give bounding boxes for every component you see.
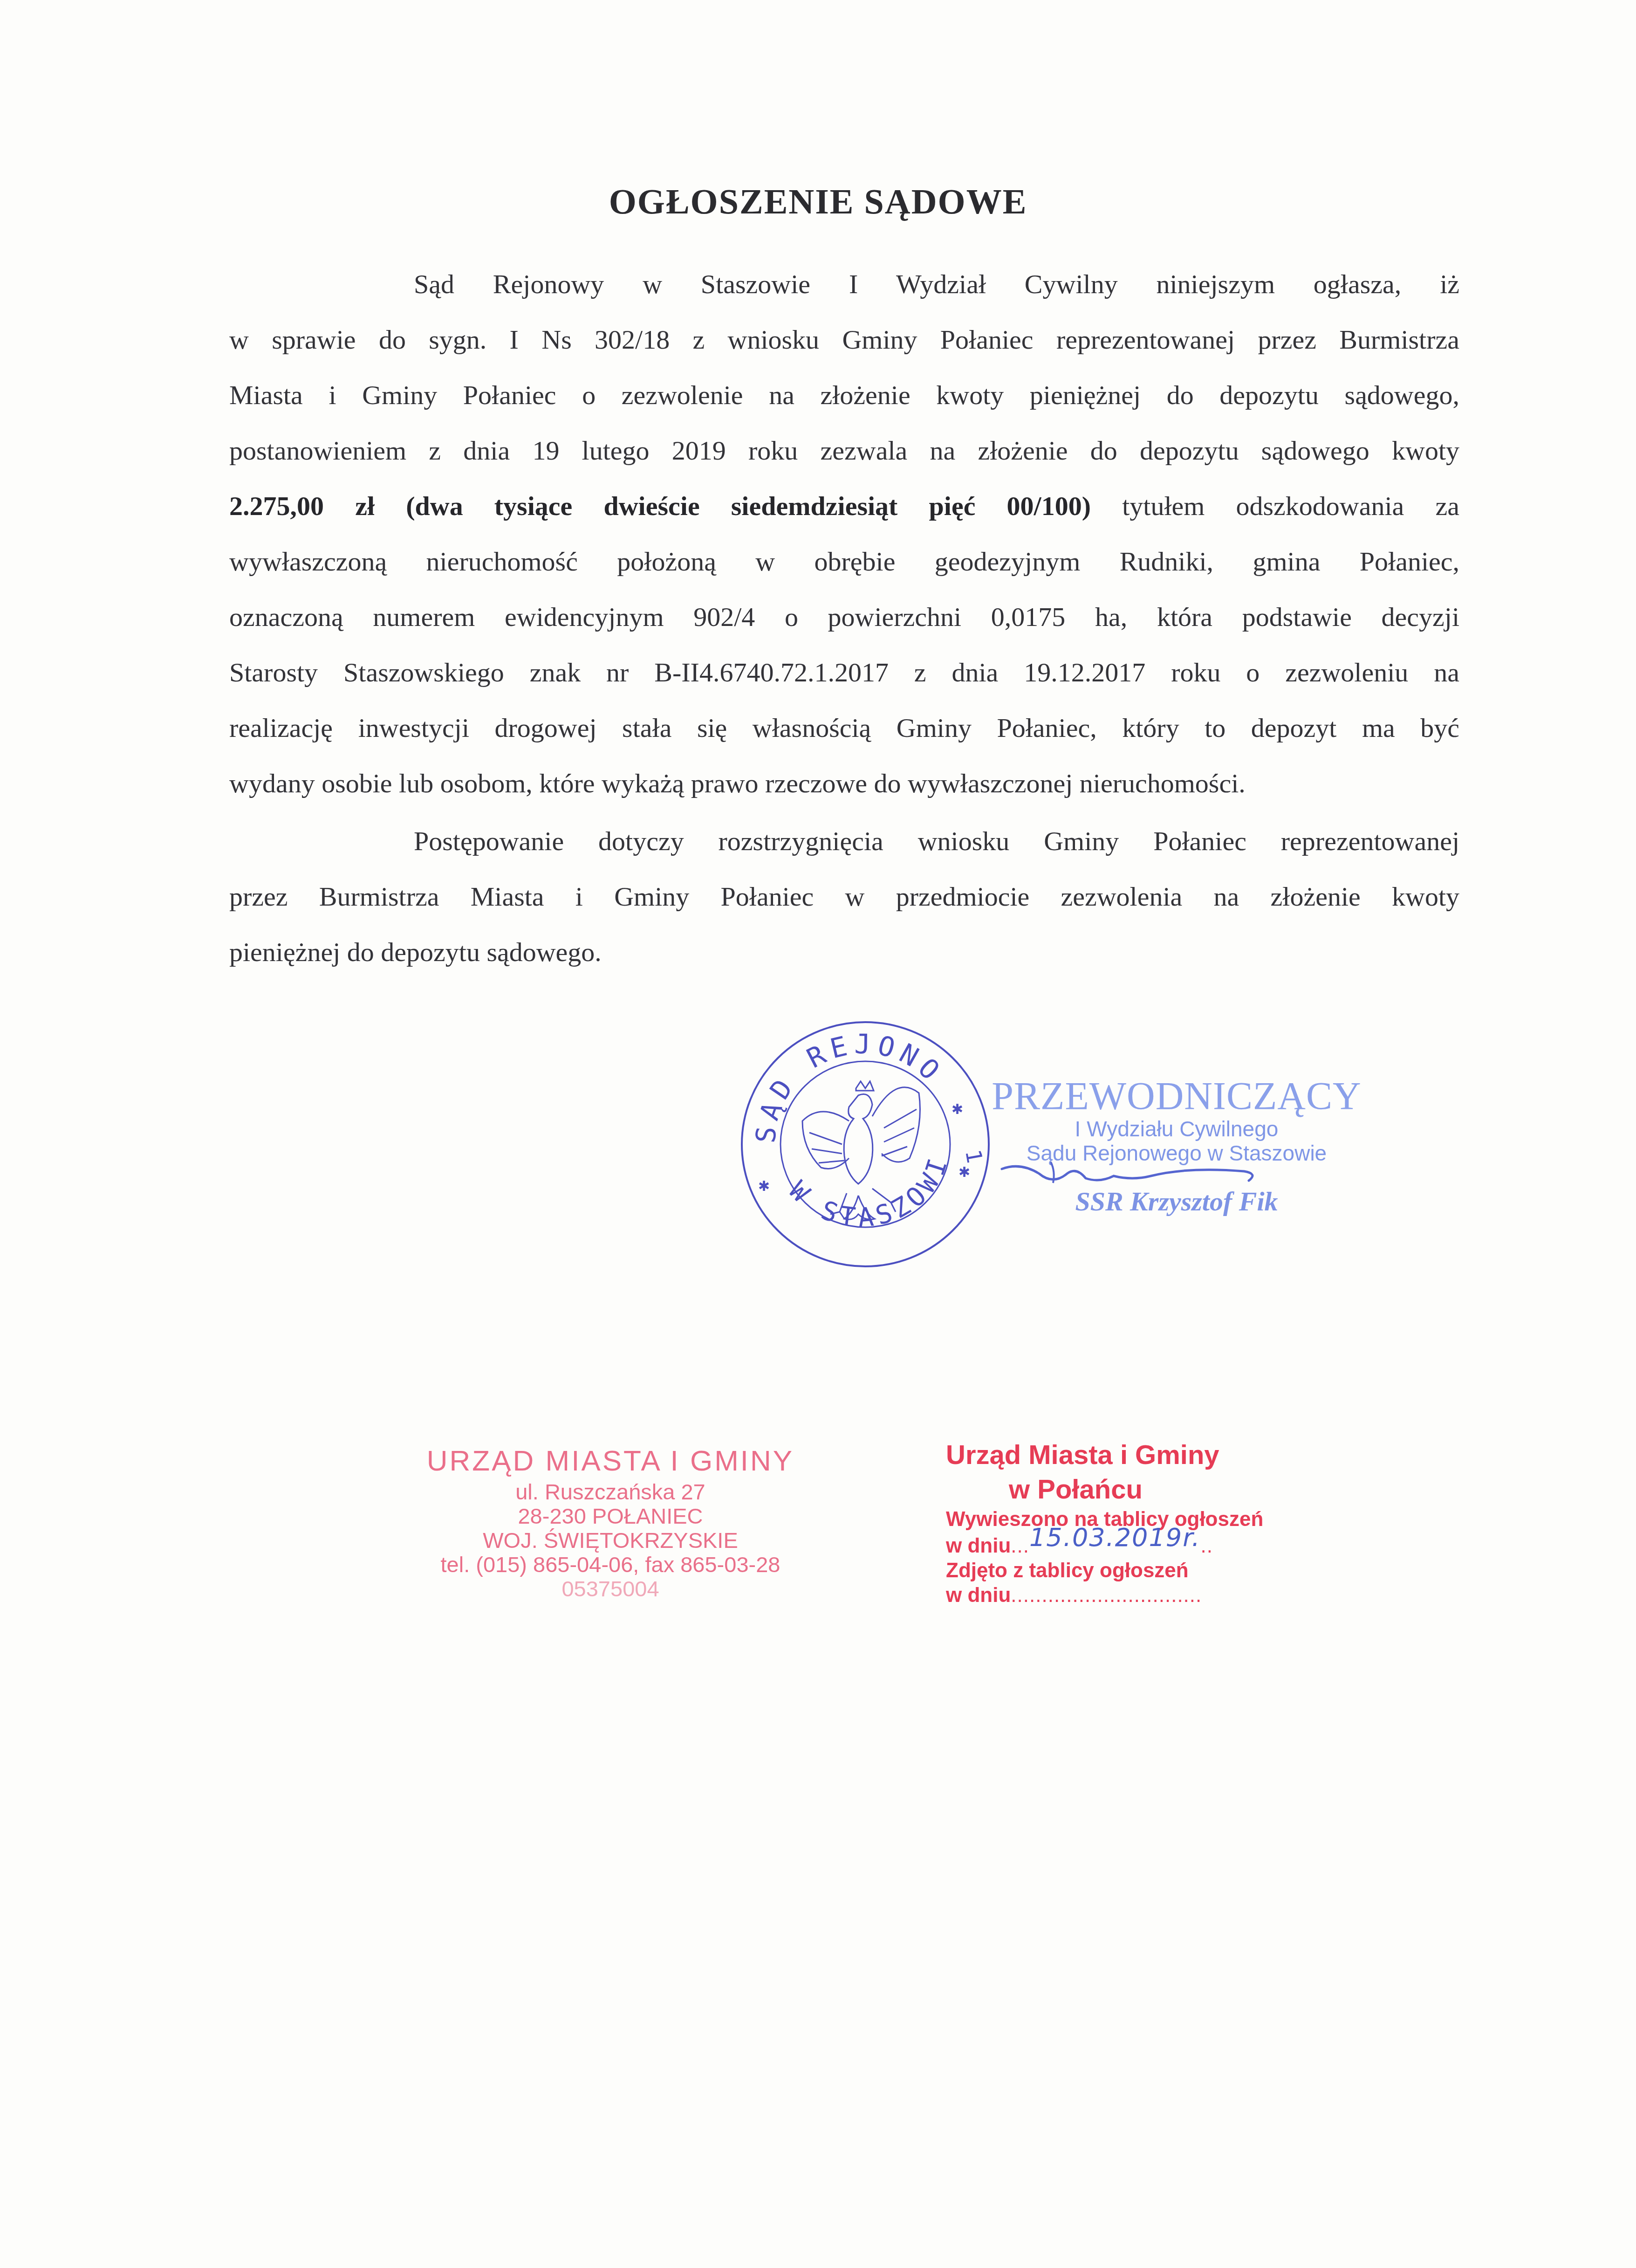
office-stamp-name: URZĄD MIASTA I GMINY: [382, 1443, 839, 1480]
posting-stamp: Urząd Miasta i Gminy w Połańcu Wywieszon…: [946, 1438, 1365, 1608]
office-stamp-region: WOJ. ŚWIĘTOKRZYSKIE: [382, 1528, 839, 1553]
judge-stamp-division: I Wydziału Cywilnego: [979, 1117, 1375, 1141]
document-title: OGŁOSZENIE SĄDOWE: [0, 182, 1636, 222]
amount-rest: tytułem odszkodowania za: [1091, 491, 1459, 521]
judge-stamp: PRZEWODNICZĄCY I Wydziału Cywilnego Sądu…: [979, 1077, 1375, 1217]
office-stamp-address: ul. Ruszczańska 27: [382, 1480, 839, 1504]
star-icon: ✱: [758, 1179, 770, 1194]
posting-posted-date-row: w dniu...15.03.2019r...: [946, 1532, 1365, 1558]
star-icon: ✱: [951, 1102, 963, 1117]
body-line: w sprawie do sygn. I Ns 302/18 z wniosku…: [229, 323, 1459, 356]
posting-posted-date: 15.03.2019r.: [1029, 1523, 1201, 1552]
body-line: oznaczoną numerem ewidencyjnym 902/4 o p…: [229, 601, 1459, 633]
body-line: wywłaszczoną nieruchomość położoną w obr…: [229, 545, 1459, 578]
body-line-amount: 2.275,00 zł (dwa tysiące dwieście siedem…: [229, 490, 1459, 522]
office-stamp-regon: 05375004: [382, 1577, 839, 1601]
amount-bold: 2.275,00 zł (dwa tysiące dwieście siedem…: [229, 491, 1091, 521]
posting-stamp-subtitle: w Połańcu: [946, 1472, 1365, 1507]
judge-stamp-title: PRZEWODNICZĄCY: [979, 1077, 1375, 1117]
document-page: OGŁOSZENIE SĄDOWE Sąd Rejonowy w Staszow…: [0, 0, 1636, 2268]
posting-posted-prefix: w dniu: [946, 1534, 1011, 1557]
judge-stamp-name: SSR Krzysztof Fik: [979, 1186, 1375, 1217]
office-stamp-contact: tel. (015) 865-04-06, fax 865-03-28: [382, 1553, 839, 1577]
body-line: przez Burmistrza Miasta i Gminy Połaniec…: [229, 880, 1459, 913]
office-stamp-city: 28-230 POŁANIEC: [382, 1504, 839, 1528]
body-line: pieniężnej do depozytu sądowego.: [229, 936, 1459, 969]
posting-removed-label: Zdjęto z tablicy ogłoszeń: [946, 1558, 1365, 1583]
signature-icon: [997, 1160, 1258, 1188]
body-line: Starosty Staszowskiego znak nr B-II4.674…: [229, 656, 1459, 689]
posting-removed-prefix: w dniu: [946, 1584, 1011, 1607]
star-icon: ✱: [958, 1165, 970, 1180]
body-line: postanowieniem z dnia 19 lutego 2019 rok…: [229, 434, 1459, 467]
body-line: Miasta i Gminy Połaniec o zezwolenie na …: [229, 379, 1459, 412]
posting-stamp-title: Urząd Miasta i Gminy: [946, 1438, 1365, 1472]
posting-removed-date-row: w dniu...............................: [946, 1583, 1365, 1608]
seal-top-text: SĄD REJONOWY: [732, 1009, 950, 1144]
court-seal-graphic: SĄD REJONOWY W STASZOWIE 1 ✱ ✱ ✱: [732, 1009, 993, 1270]
body-line: realizację inwestycji drogowej stała się…: [229, 712, 1459, 744]
office-stamp: URZĄD MIASTA I GMINY ul. Ruszczańska 27 …: [382, 1443, 839, 1601]
court-seal: SĄD REJONOWY W STASZOWIE 1 ✱ ✱ ✱: [732, 1009, 993, 1270]
body-line: Postępowanie dotyczy rozstrzygnięcia wni…: [414, 825, 1459, 858]
svg-text:SĄD REJONOWY: SĄD REJONOWY: [732, 1009, 950, 1144]
body-line: wydany osobie lub osobom, które wykażą p…: [229, 767, 1459, 800]
body-line: Sąd Rejonowy w Staszowie I Wydział Cywil…: [414, 268, 1459, 301]
